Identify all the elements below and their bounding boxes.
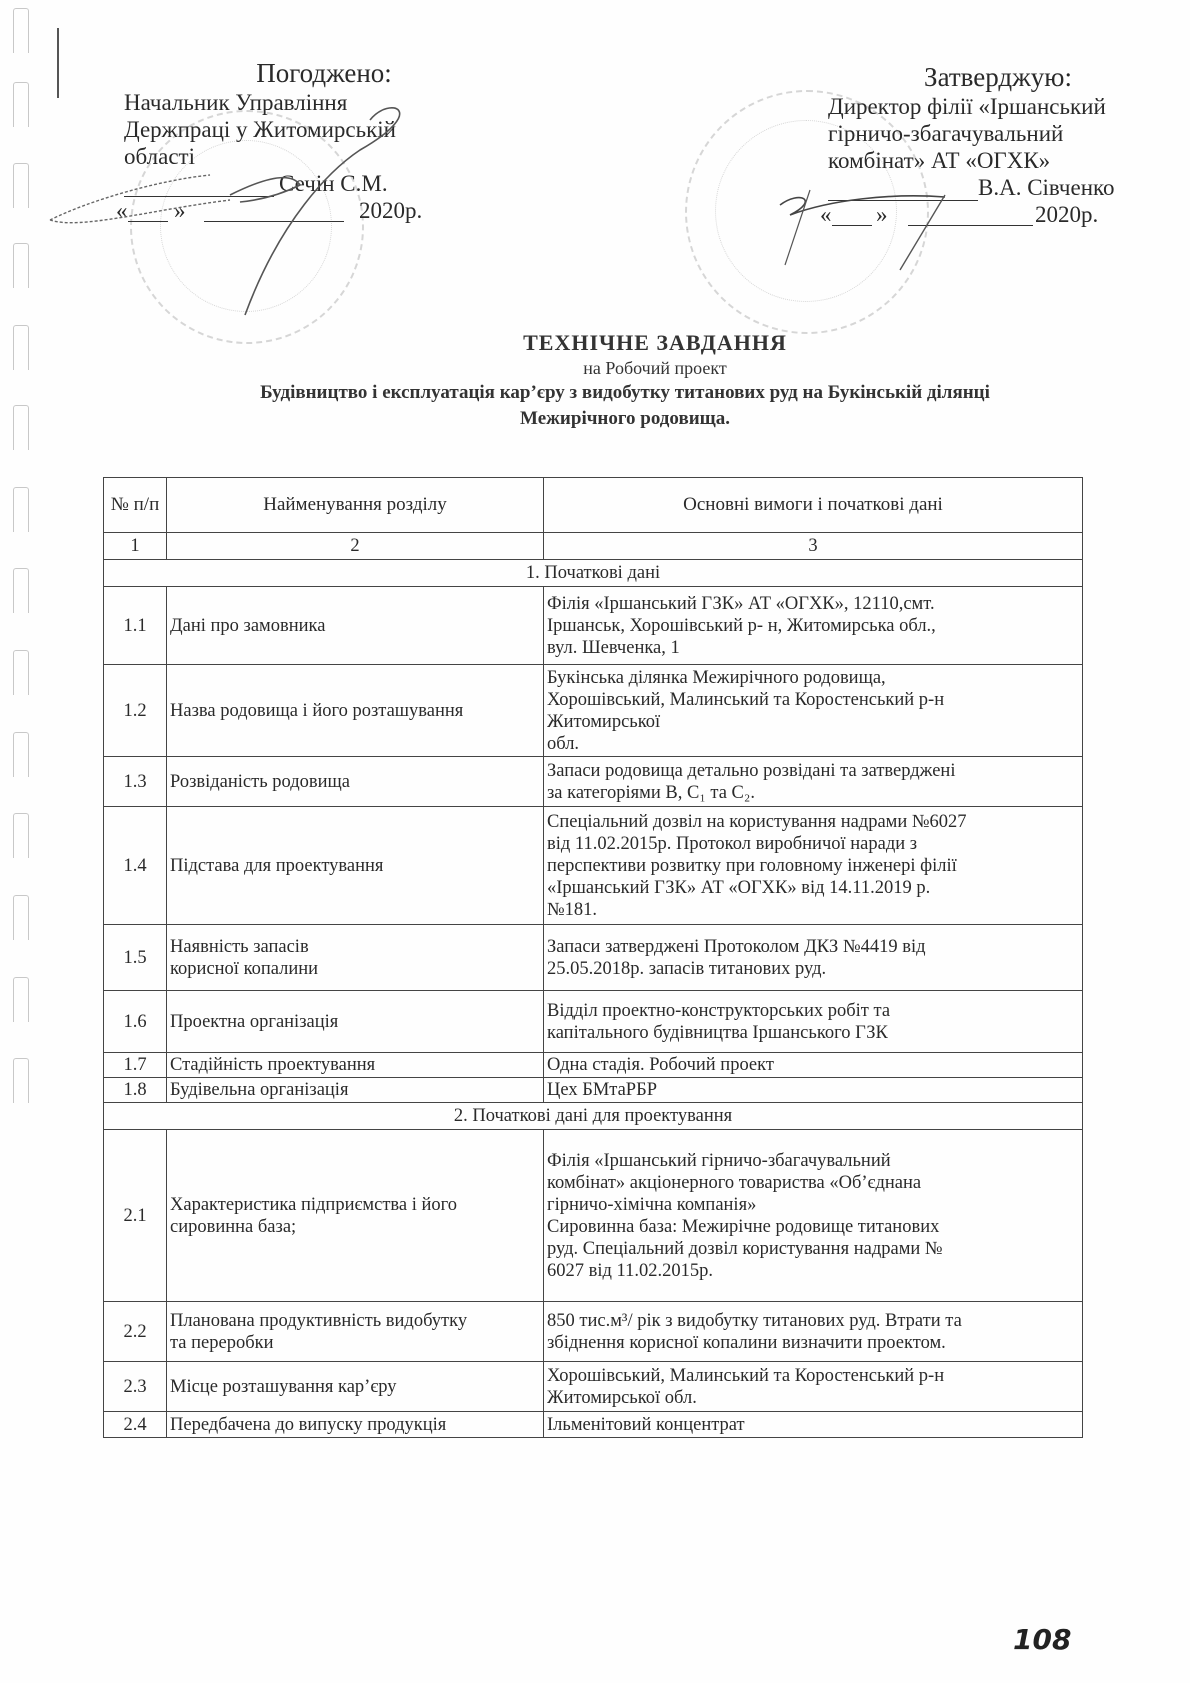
requirement-line: Сировинна база: Межирічне родовище титан… (547, 1216, 1079, 1238)
requirement-value: Відділ проектно-конструкторських робіт т… (544, 991, 1083, 1053)
requirement-line: 25.05.2018р. запасів титанових руд. (547, 958, 1079, 980)
section-name: Проектна організація (167, 991, 544, 1053)
table-row: 1.1Дані про замовникаФілія «Іршанський Г… (104, 587, 1083, 665)
requirement-line: Букінська ділянка Межирічного родовища, (547, 667, 1079, 689)
section-name: Характеристика підприємства і його сиров… (167, 1130, 544, 1302)
table-header-row: № п/п Найменування розділу Основні вимог… (104, 478, 1083, 533)
binder-hole (13, 650, 29, 695)
approval-heading: Затверджую: (828, 64, 1168, 91)
binder-hole (13, 325, 29, 370)
row-number: 2.1 (104, 1130, 167, 1302)
document-subtitle: на Робочий проект (210, 358, 1100, 379)
requirement-value: Запаси родовища детально розвідані та за… (544, 757, 1083, 807)
row-number: 2.3 (104, 1362, 167, 1412)
table-row: 1.2Назва родовища і його розташуванняБук… (104, 665, 1083, 757)
table-row: 1.4Підстава для проектуванняСпеціальний … (104, 807, 1083, 925)
requirement-line: збіднення корисної копалини визначити пр… (547, 1332, 1079, 1354)
requirement-value: Запаси затверджені Протоколом ДКЗ №4419 … (544, 925, 1083, 991)
approval-line: Директор філії «Іршанський (828, 93, 1168, 120)
requirement-line: вул. Шевченка, 1 (547, 637, 1079, 659)
requirement-line: за категоріями В, С₁ та С₂. (547, 782, 1079, 804)
section-name: Підстава для проектування (167, 807, 544, 925)
requirement-value: Ільменітовий концентрат (544, 1412, 1083, 1438)
section-name: Стадійність проектування (167, 1053, 544, 1078)
requirement-value: Хорошівський, Малинський та Коростенськи… (544, 1362, 1083, 1412)
requirement-line: Цех БМтаРБР (547, 1079, 1079, 1101)
section-name: Передбачена до випуску продукція (167, 1412, 544, 1438)
technical-spec-table: № п/п Найменування розділу Основні вимог… (103, 477, 1083, 1438)
binder-hole (13, 732, 29, 777)
section-name: Розвіданість родовища (167, 757, 544, 807)
requirement-line: Ільменітовий концентрат (547, 1414, 1079, 1436)
column-number: 2 (167, 533, 544, 560)
requirement-line: Іршанськ, Хорошівський р- н, Житомирська… (547, 615, 1079, 637)
requirement-value: Цех БМтаРБР (544, 1078, 1083, 1103)
requirement-line: Спеціальний дозвіл на користування надра… (547, 811, 1079, 833)
requirement-line: капітального будівництва Іршанського ГЗК (547, 1022, 1079, 1044)
project-name-line2: Межирічного родовища. (150, 407, 1100, 431)
requirement-line: від 11.02.2015р. Протокол виробничої нар… (547, 833, 1079, 855)
section-name: Дані про замовника (167, 587, 544, 665)
section-name: Наявність запасів корисної копалини (167, 925, 544, 991)
section-title: 1. Початкові дані (104, 560, 1083, 587)
approval-line: гірничо-збагачувальний (828, 120, 1168, 147)
requirement-value: 850 тис.м³/ рік з видобутку титанових ру… (544, 1302, 1083, 1362)
requirement-line: комбінат» акціонерного товариства «Об’єд… (547, 1172, 1079, 1194)
column-header-requirements: Основні вимоги і початкові дані (544, 478, 1083, 533)
column-number-row: 1 2 3 (104, 533, 1083, 560)
section-header-row: 1. Початкові дані (104, 560, 1083, 587)
requirement-value: Спеціальний дозвіл на користування надра… (544, 807, 1083, 925)
binder-hole (13, 1058, 29, 1103)
row-number: 1.4 (104, 807, 167, 925)
binder-hole (13, 977, 29, 1022)
table-row: 1.7Стадійність проектуванняОдна стадія. … (104, 1053, 1083, 1078)
section-header-row: 2. Початкові дані для проектування (104, 1103, 1083, 1130)
requirement-line: 850 тис.м³/ рік з видобутку титанових ру… (547, 1310, 1079, 1332)
requirement-line: Хорошівський, Малинський та Коростенськи… (547, 689, 1079, 711)
binder-hole (13, 568, 29, 613)
column-header-section-name: Найменування розділу (167, 478, 544, 533)
section-name: Будівельна організація (167, 1078, 544, 1103)
binder-hole (13, 163, 29, 208)
requirement-line: 6027 від 11.02.2015р. (547, 1260, 1079, 1282)
row-number: 1.5 (104, 925, 167, 991)
section-name: Місце розташування кар’єру (167, 1362, 544, 1412)
requirement-line: руд. Спеціальний дозвіл користування над… (547, 1238, 1079, 1260)
table-row: 1.6Проектна організаціяВідділ проектно-к… (104, 991, 1083, 1053)
column-number: 3 (544, 533, 1083, 560)
table-row: 1.8Будівельна організаціяЦех БМтаРБР (104, 1078, 1083, 1103)
requirement-line: Філія «Іршанський ГЗК» АТ «ОГХК», 12110,… (547, 593, 1079, 615)
binder-hole (13, 8, 29, 53)
column-number: 1 (104, 533, 167, 560)
requirement-line: Житомирської (547, 711, 1079, 733)
row-number: 1.3 (104, 757, 167, 807)
requirement-line: обл. (547, 733, 1079, 755)
binder-hole (13, 895, 29, 940)
requirement-value: Філія «Іршанський ГЗК» АТ «ОГХК», 12110,… (544, 587, 1083, 665)
document-title: ТЕХНІЧНЕ ЗАВДАННЯ (210, 330, 1100, 356)
requirement-value: Філія «Іршанський гірничо-збагачувальний… (544, 1130, 1083, 1302)
requirement-line: перспективи розвитку при головному інжен… (547, 855, 1079, 877)
requirement-line: Філія «Іршанський гірничо-збагачувальний (547, 1150, 1079, 1172)
row-number: 1.1 (104, 587, 167, 665)
approval-line: комбінат» АТ «ОГХК» (828, 147, 1168, 174)
binder-hole (13, 813, 29, 858)
requirement-line: Житомирської обл. (547, 1387, 1079, 1409)
binder-hole (13, 82, 29, 127)
binder-hole (13, 405, 29, 450)
project-name-line1: Будівництво і експлуатація кар’єру з вид… (150, 381, 1100, 405)
section-title: 2. Початкові дані для проектування (104, 1103, 1083, 1130)
requirement-line: Одна стадія. Робочий проект (547, 1054, 1079, 1076)
approval-heading: Погоджено: (124, 60, 464, 87)
page-number: 108 (1013, 1623, 1071, 1656)
table-row: 2.4Передбачена до випуску продукціяІльме… (104, 1412, 1083, 1438)
row-number: 1.2 (104, 665, 167, 757)
section-name: Назва родовища і його розташування (167, 665, 544, 757)
document-page: Погоджено: Начальник Управління Держпрац… (0, 0, 1190, 1683)
table-row: 2.1Характеристика підприємства і його си… (104, 1130, 1083, 1302)
table-row: 2.3Місце розташування кар’єруХорошівськи… (104, 1362, 1083, 1412)
requirement-line: гірничо-хімічна компанія» (547, 1194, 1079, 1216)
date-year: 2020р. (1035, 201, 1098, 228)
handwritten-signature-right (770, 185, 970, 275)
binder-hole (13, 243, 29, 288)
column-header-number: № п/п (104, 478, 167, 533)
section-name: Планована продуктивність видобутку та пе… (167, 1302, 544, 1362)
binder-mark (57, 28, 59, 98)
requirement-line: Запаси родовища детально розвідані та за… (547, 760, 1079, 782)
requirement-line: №181. (547, 899, 1079, 921)
requirement-value: Одна стадія. Робочий проект (544, 1053, 1083, 1078)
table-row: 1.5Наявність запасів корисної копалиниЗа… (104, 925, 1083, 991)
signatory-name: В.А. Сівченко (978, 174, 1115, 201)
row-number: 2.4 (104, 1412, 167, 1438)
handwritten-signature-left (30, 90, 430, 320)
table-row: 1.3Розвіданість родовищаЗапаси родовища … (104, 757, 1083, 807)
requirement-line: Хорошівський, Малинський та Коростенськи… (547, 1365, 1079, 1387)
requirement-line: Запаси затверджені Протоколом ДКЗ №4419 … (547, 936, 1079, 958)
row-number: 1.6 (104, 991, 167, 1053)
row-number: 1.8 (104, 1078, 167, 1103)
binder-hole (13, 487, 29, 532)
requirement-value: Букінська ділянка Межирічного родовища,Х… (544, 665, 1083, 757)
row-number: 1.7 (104, 1053, 167, 1078)
document-title-block: ТЕХНІЧНЕ ЗАВДАННЯ на Робочий проект Буді… (150, 330, 1100, 431)
table-row: 2.2Планована продуктивність видобутку та… (104, 1302, 1083, 1362)
row-number: 2.2 (104, 1302, 167, 1362)
requirement-line: Відділ проектно-конструкторських робіт т… (547, 1000, 1079, 1022)
requirement-line: «Іршанський ГЗК» АТ «ОГХК» від 14.11.201… (547, 877, 1079, 899)
